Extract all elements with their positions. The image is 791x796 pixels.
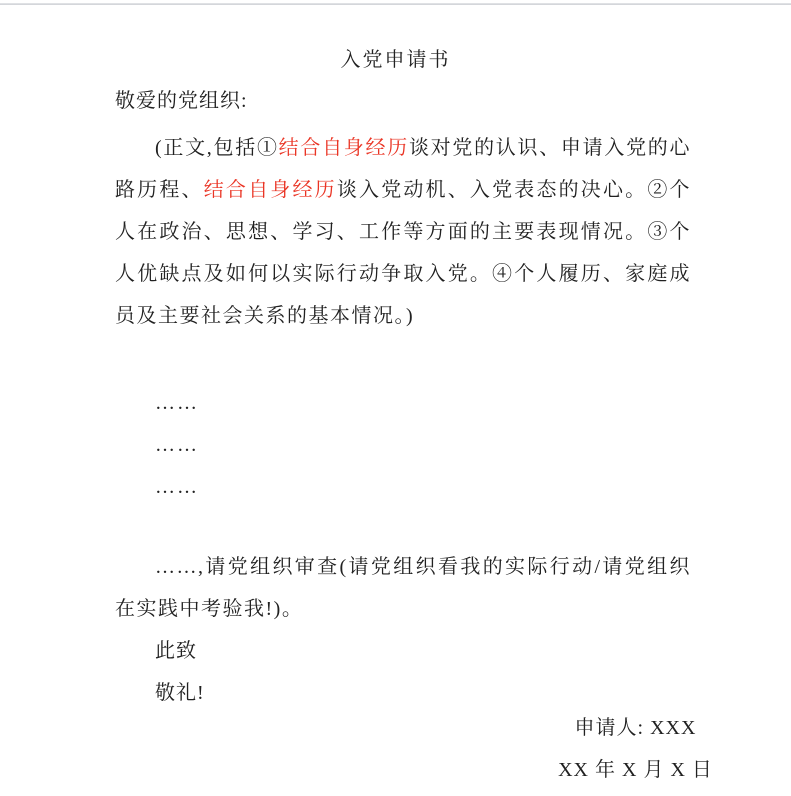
ellipsis-line: …… [115,466,691,508]
ellipsis-line: …… [115,382,691,424]
ellipsis-block: …… …… …… [0,382,791,508]
body-segment: (正文,包括① [155,137,279,159]
page-title: 入党申请书 [0,48,791,72]
body-segment: 谈入党动机、入党表态的决心。②个人在政治、思想、学习、工作等方面的主要表现情况。… [115,179,691,327]
body-paragraph: (正文,包括①结合自身经历谈对党的认识、申请入党的心路历程、结合自身经历谈入党动… [115,127,691,337]
signature-block: 申请人: XXX XX 年 X 月 X 日 [548,707,723,791]
document-page: 入党申请书 敬爱的党组织: (正文,包括①结合自身经历谈对党的认识、申请入党的心… [0,0,791,796]
page-top-divider [0,3,791,5]
closing-paragraph: ……,请党组织审查(请党组织看我的实际行动/请党组织在实践中考验我!)。 [115,546,691,630]
ellipsis-line: …… [115,424,691,466]
salute-line-cizhi: 此致 [115,630,691,672]
applicant-line: 申请人: XXX [548,707,723,749]
date-line: XX 年 X 月 X 日 [548,749,723,791]
body-segment-red-highlight: 结合自身经历 [279,137,409,159]
body-segment-red-highlight: 结合自身经历 [204,179,337,201]
greeting-line: 敬爱的党组织: [115,90,691,112]
